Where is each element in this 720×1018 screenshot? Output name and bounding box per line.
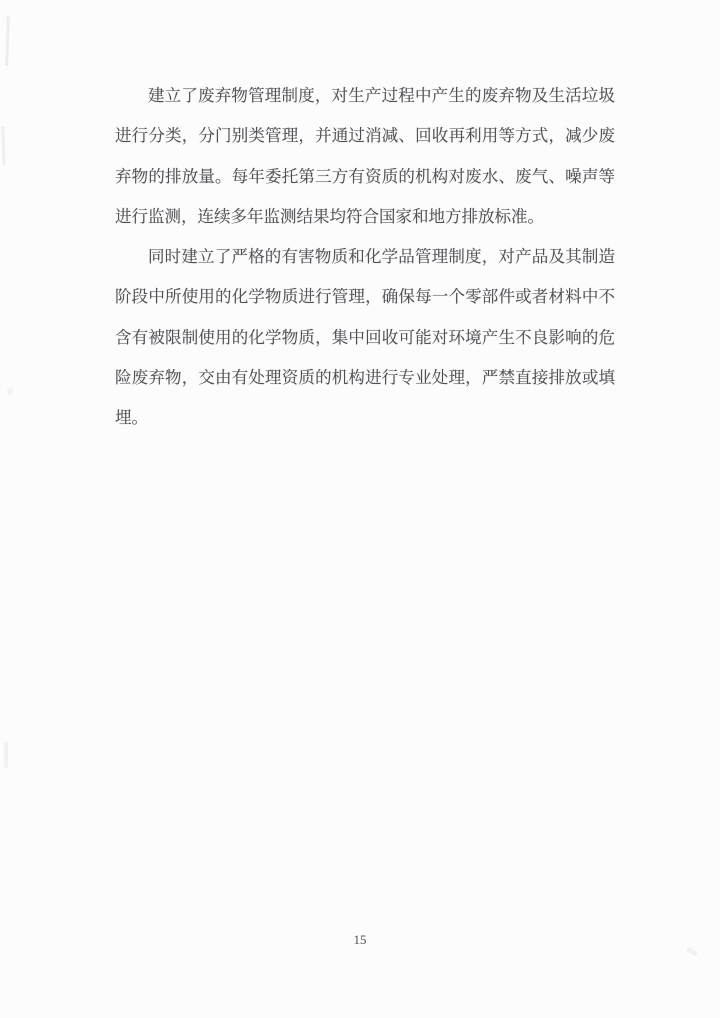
scan-artifact xyxy=(1,126,5,166)
text-line: 阶段中所使用的化学物质进行管理，确保每一个零部件或者材料中不 xyxy=(115,277,615,317)
page-number: 15 xyxy=(0,932,720,948)
text-line: 进行监测，连续多年监测结果均符合国家和地方排放标准。 xyxy=(115,197,615,237)
text-line: 同时建立了严格的有害物质和化学品管理制度，对产品及其制造 xyxy=(115,237,615,277)
text-line: 埋。 xyxy=(115,398,615,438)
text-line: 弃物的排放量。每年委托第三方有资质的机构对废水、废气、噪声等 xyxy=(115,157,615,197)
paragraph-waste-management: 建立了废弃物管理制度，对生产过程中产生的废弃物及生活垃圾 进行分类，分门别类管理… xyxy=(115,76,615,237)
text-line: 进行分类，分门别类管理，并通过消减、回收再利用等方式，减少废 xyxy=(115,116,615,156)
paragraph-hazardous-substances: 同时建立了严格的有害物质和化学品管理制度，对产品及其制造 阶段中所使用的化学物质… xyxy=(115,237,615,438)
scan-artifact xyxy=(7,388,13,395)
scan-artifact xyxy=(4,742,8,768)
text-line: 险废弃物，交由有处理资质的机构进行专业处理，严禁直接排放或填 xyxy=(115,358,615,398)
body-text: 建立了废弃物管理制度，对生产过程中产生的废弃物及生活垃圾 进行分类，分门别类管理… xyxy=(115,76,615,439)
text-line: 含有被限制使用的化学物质，集中回收可能对环境产生不良影响的危 xyxy=(115,318,615,358)
document-page: 建立了废弃物管理制度，对生产过程中产生的废弃物及生活垃圾 进行分类，分门别类管理… xyxy=(0,0,720,1018)
text-line: 建立了废弃物管理制度，对生产过程中产生的废弃物及生活垃圾 xyxy=(115,76,615,116)
scan-artifact xyxy=(5,16,10,66)
